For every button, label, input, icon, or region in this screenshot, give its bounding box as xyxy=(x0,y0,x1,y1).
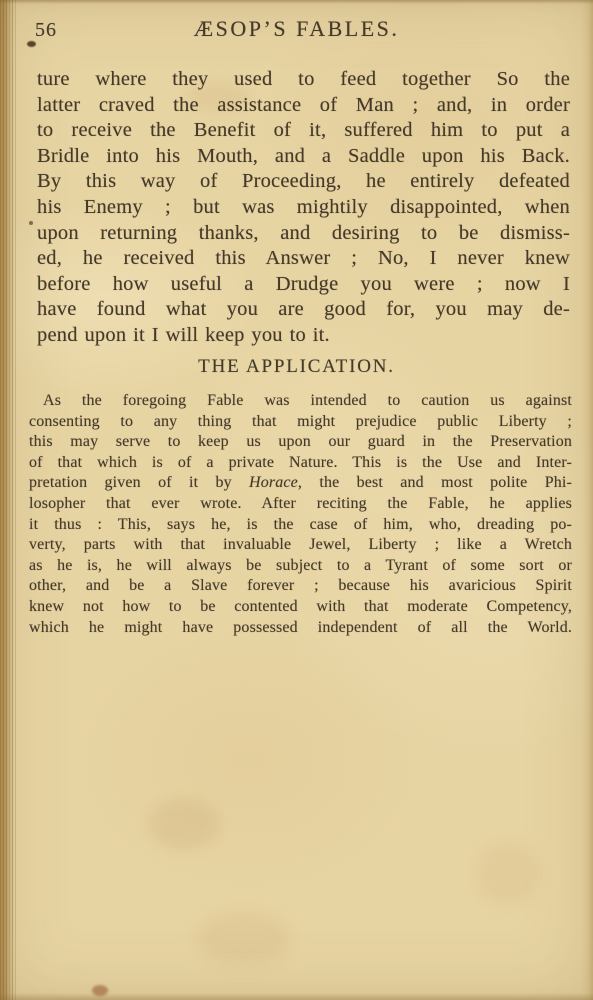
page-right-edge xyxy=(582,0,593,1000)
text-line: it thus : This, says he, is the case of … xyxy=(29,515,572,536)
text-line: consenting to any thing that might preju… xyxy=(29,412,572,433)
text-line: ed, he received this Answer ; No, I neve… xyxy=(37,246,570,272)
text-line: his Enemy ; but was mightily disappointe… xyxy=(37,195,570,221)
text-line: as he is, he will always be subject to a… xyxy=(29,556,572,577)
text-line: knew not how to be contented with that m… xyxy=(29,597,572,618)
fable-paragraph: ture where they used to feed together So… xyxy=(37,67,570,349)
text-line: As the foregoing Fable was intended to c… xyxy=(29,391,572,412)
paper-stain xyxy=(476,842,540,906)
text-line: ture where they used to feed together So… xyxy=(37,67,570,93)
ink-speck xyxy=(92,985,108,996)
text-line: which he might have possessed independen… xyxy=(29,618,572,639)
text-line: before how useful a Drudge you were ; no… xyxy=(37,272,570,298)
application-heading: THE APPLICATION. xyxy=(0,356,593,378)
page-number: 56 xyxy=(35,19,57,42)
text-line: other, and be a Slave forever ; because … xyxy=(29,576,572,597)
binding-edge xyxy=(0,0,16,1000)
book-page-scan: 56 ÆSOP’S FABLES. ture where they used t… xyxy=(0,0,593,1000)
application-paragraph: As the foregoing Fable was intended to c… xyxy=(29,391,572,638)
page-bottom-edge xyxy=(0,993,593,1000)
text-line: pretation given of it by Horace, the bes… xyxy=(29,473,572,494)
text-line: Bridle into his Mouth, and a Saddle upon… xyxy=(37,144,570,170)
paper-stain xyxy=(148,798,220,850)
page-header: 56 ÆSOP’S FABLES. xyxy=(0,16,593,46)
paper-stain xyxy=(196,912,292,964)
text-line: pend upon it I will keep you to it. xyxy=(37,323,570,349)
text-line: By this way of Proceeding, he entirely d… xyxy=(37,169,570,195)
text-line: upon returning thanks, and desiring to b… xyxy=(37,221,570,247)
text-line: of that which is of a private Nature. Th… xyxy=(29,453,572,474)
text-line: to receive the Benefit of it, suffered h… xyxy=(37,118,570,144)
text-line: verty, parts with that invaluable Jewel,… xyxy=(29,535,572,556)
text-line: this may serve to keep us upon our guard… xyxy=(29,432,572,453)
text-line: losopher that ever wrote. After reciting… xyxy=(29,494,572,515)
book-title: ÆSOP’S FABLES. xyxy=(0,16,593,42)
text-line: have found what you are good for, you ma… xyxy=(37,297,570,323)
page-top-edge xyxy=(0,0,593,4)
text-line: latter craved the assistance of Man ; an… xyxy=(37,93,570,119)
ink-speck xyxy=(29,221,33,225)
